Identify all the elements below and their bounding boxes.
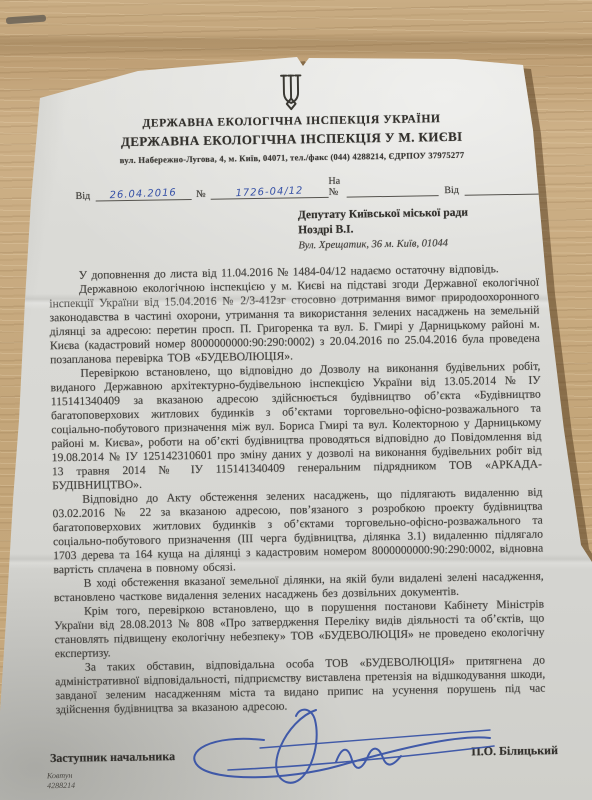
out-number-label: № [196, 189, 206, 200]
desk-mark [6, 15, 46, 25]
paragraph-2: Державною екологічною інспекцією у м. Ки… [49, 276, 540, 368]
in-date-blank [465, 182, 545, 195]
org-address-line: вул. Набережно-Лугова, 4, м. Київ, 04071… [47, 149, 537, 167]
paragraph-3: Перевіркою встановлено, що відповідно до… [50, 360, 542, 494]
in-number-label: На № [328, 176, 340, 198]
outgoing-reference: Від 26.04.2016 № 1726-04/12 [76, 186, 329, 202]
handwritten-signature [168, 700, 498, 795]
handwritten-date: 26.04.2016 [109, 187, 177, 201]
recipient-block: Депутату Київської міської ради Ноздрі В… [298, 205, 539, 254]
executor-phone: 4288214 [47, 781, 75, 791]
handwritten-number: 1726-04/12 [236, 185, 304, 199]
letter-paper: ДЕРЖАВНА ЕКОЛОГІЧНА ІНСПЕКЦІЯ УКРАЇНИ ДЕ… [0, 0, 592, 800]
letter-content: ДЕРЖАВНА ЕКОЛОГІЧНА ІНСПЕКЦІЯ УКРАЇНИ ДЕ… [46, 67, 546, 718]
out-from-label: Від [76, 191, 91, 202]
photo-of-letter-on-desk: ДЕРЖАВНА ЕКОЛОГІЧНА ІНСПЕКЦІЯ УКРАЇНИ ДЕ… [0, 0, 592, 800]
in-from-label: Від [444, 185, 459, 196]
out-number-line: 1726-04/12 [211, 186, 329, 200]
reference-row: Від 26.04.2016 № 1726-04/12 На № Від [47, 173, 537, 203]
paragraph-6: Крім того, перевіркою встановлено, що в … [54, 598, 545, 662]
incoming-reference: На № Від [328, 172, 545, 197]
ukraine-trident-icon [276, 70, 307, 112]
executor-name: Ковтун [47, 771, 75, 781]
letter-body: У доповнення до листа від 11.04.2016 № 1… [49, 262, 546, 718]
signer-position: Заступник начальника [50, 749, 175, 766]
org-name-city: ДЕРЖАВНА ЕКОЛОГІЧНА ІНСПЕКЦІЯ У М. КИЄВІ [47, 128, 537, 152]
paragraph-4: Відповідно до Акту обстеження зелених на… [52, 486, 543, 578]
out-date-line: 26.04.2016 [95, 188, 191, 202]
in-number-blank [346, 184, 438, 197]
recipient-address: Вул. Хрещатик, 36 м. Київ, 01044 [298, 235, 538, 254]
executor-block: Ковтун 4288214 [47, 771, 75, 791]
